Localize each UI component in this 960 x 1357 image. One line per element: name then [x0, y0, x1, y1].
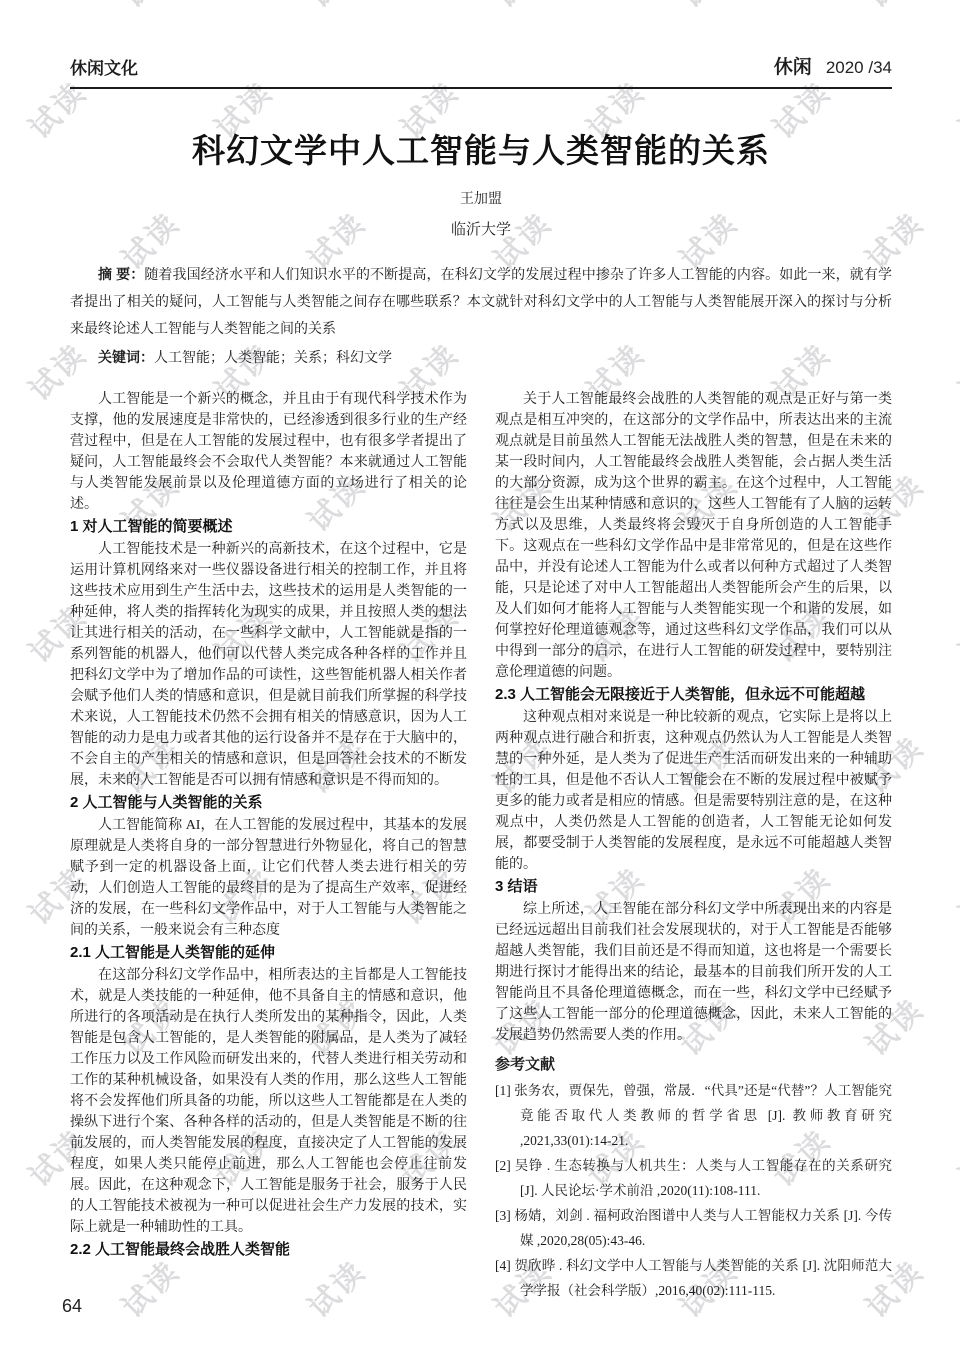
journal-name-issue: 休闲2020 /34	[774, 52, 892, 79]
keywords-paragraph: 关键词：人工智能；人类智能；关系；科幻文学	[70, 344, 892, 372]
journal-issue: 2020 /34	[826, 58, 892, 77]
paper-affiliation: 临沂大学	[70, 218, 892, 239]
references-heading: 参考文献	[495, 1052, 892, 1078]
reference-item: [2] 吴铮 . 生态转换与人机共生：人类与人工智能存在的关系研究 [J]. 人…	[495, 1153, 892, 1203]
section-2-3-paragraph: 这种观点相对来说是一种比较新的观点，它实际上是将以上两种观点进行融合和折衷，这种…	[495, 707, 892, 875]
section-3-paragraph: 综上所述，人工智能在部分科幻文学中所表现出来的内容是已经远远超出目前我们社会发展…	[495, 899, 892, 1046]
section-2-1-paragraph: 在这部分科幻文学作品中，相所表达的主旨都是人工智能技术，就是人类技能的一种延伸，…	[70, 965, 467, 1238]
page-content: 休闲文化 休闲2020 /34 科幻文学中人工智能与人类智能的关系 王加盟 临沂…	[0, 0, 960, 1303]
section-2-2-heading: 2.2 人工智能最终会战胜人类智能	[70, 1238, 467, 1262]
section-1-heading: 1 对人工智能的简要概述	[70, 515, 467, 539]
intro-paragraph: 人工智能是一个新兴的概念，并且由于有现代科学技术作为支撑，他的发展速度是非常快的…	[70, 389, 467, 515]
journal-section-title: 休闲文化	[70, 54, 138, 79]
section-2-2-paragraph: 关于人工智能最终会战胜的人类智能的观点是正好与第一类观点是相互冲突的，在这部分的…	[495, 389, 892, 683]
paper-author: 王加盟	[70, 188, 892, 208]
paper-title: 科幻文学中人工智能与人类智能的关系	[70, 125, 892, 172]
left-column: 人工智能是一个新兴的概念，并且由于有现代科学技术作为支撑，他的发展速度是非常快的…	[70, 389, 467, 1303]
body-columns: 人工智能是一个新兴的概念，并且由于有现代科学技术作为支撑，他的发展速度是非常快的…	[70, 389, 892, 1303]
abstract-paragraph: 摘 要：随着我国经济水平和人们知识水平的不断提高，在科幻文学的发展过程中掺杂了许…	[70, 261, 892, 343]
section-2-1-heading: 2.1 人工智能是人类智能的延伸	[70, 941, 467, 965]
title-block: 科幻文学中人工智能与人类智能的关系 王加盟 临沂大学	[70, 125, 892, 239]
journal-header: 休闲文化 休闲2020 /34	[70, 52, 892, 89]
reference-item: [1] 张务农，贾保先，曾强，常晟．“代具”还是“代替”？人工智能究竟能否取代人…	[495, 1078, 892, 1153]
reference-item: [4] 贺欣晔 . 科幻文学中人工智能与人类智能的关系 [J]. 沈阳师范大学学…	[495, 1253, 892, 1303]
reference-item: [3] 杨婧，刘剑 . 福柯政治图谱中人类与人工智能权力关系 [J]. 今传媒 …	[495, 1203, 892, 1253]
section-2-paragraph: 人工智能简称 AI，在人工智能的发展过程中，其基本的发展原理就是人类将自身的一部…	[70, 815, 467, 941]
section-2-3-heading: 2.3 人工智能会无限接近于人类智能，但永远不可能超越	[495, 683, 892, 707]
keywords-label: 关键词：	[98, 349, 154, 365]
abstract-block: 摘 要：随着我国经济水平和人们知识水平的不断提高，在科幻文学的发展过程中掺杂了许…	[70, 261, 892, 372]
section-1-paragraph: 人工智能技术是一种新兴的高新技术，在这个过程中，它是运用计算机网络来对一些仪器设…	[70, 539, 467, 791]
journal-page: 试读试读试读试读试读试读试读试读试读试读试读试读试读试读试读试读试读试读试读试读…	[0, 0, 960, 1357]
section-2-heading: 2 人工智能与人类智能的关系	[70, 791, 467, 815]
right-column: 关于人工智能最终会战胜的人类智能的观点是正好与第一类观点是相互冲突的，在这部分的…	[495, 389, 892, 1303]
journal-name: 休闲	[774, 57, 812, 78]
section-3-heading: 3 结语	[495, 875, 892, 899]
page-number: 64	[62, 1296, 82, 1317]
abstract-text: 随着我国经济水平和人们知识水平的不断提高，在科幻文学的发展过程中掺杂了许多人工智…	[70, 268, 892, 337]
keywords-text: 人工智能；人类智能；关系；科幻文学	[154, 351, 392, 366]
abstract-label: 摘 要：	[98, 266, 144, 282]
